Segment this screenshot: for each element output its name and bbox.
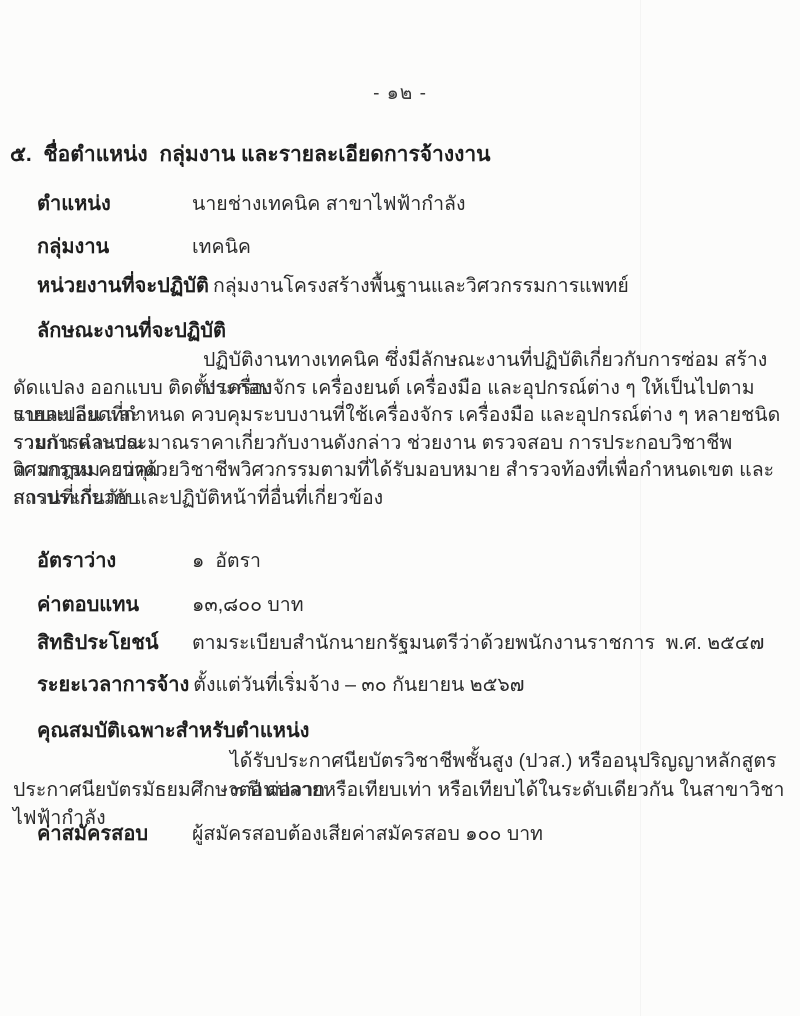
field-row-benefits: สิทธิประโยชน์ ตามระเบียบสำนักนายกรัฐมนตร… xyxy=(37,629,784,657)
field-label-vacancy: อัตราว่าง xyxy=(37,547,192,575)
field-row-employment-period: ระยะเวลาการจ้าง ตั้งแต่วันที่เริ่มจ้าง –… xyxy=(37,671,784,699)
field-row-salary: ค่าตอบแทน ๑๓,๘๐๐ บาท xyxy=(37,591,784,619)
field-label-work-unit: หน่วยงานที่จะปฏิบัติ xyxy=(37,272,213,300)
duties-paragraph: ปฏิบัติงานทางเทคนิค ซึ่งมีลักษณะงานที่ปฏ… xyxy=(13,347,785,512)
qualifications-paragraph: ได้รับประกาศนียบัตรวิชาชีพชั้นสูง (ปวส.)… xyxy=(13,747,785,804)
field-row-application-fee: ค่าสมัครสอบ ผู้สมัครสอบต้องเสียค่าสมัครส… xyxy=(37,820,784,848)
field-label-benefits: สิทธิประโยชน์ xyxy=(37,629,192,657)
field-label-work-group: กลุ่มงาน xyxy=(37,233,192,261)
field-row-vacancy: อัตราว่าง ๑ อัตรา xyxy=(37,547,784,575)
document-page: - ๑๒ - ๕. ชื่อตำแหน่ง กลุ่มงาน และรายละเ… xyxy=(0,0,800,1016)
duties-line: ดัดแปลง ออกแบบ ติดตั้ง เครื่องจักร เครื่… xyxy=(13,375,785,403)
qualifications-heading: คุณสมบัติเฉพาะสำหรับตำแหน่ง xyxy=(37,714,309,746)
duties-heading: ลักษณะงานที่จะปฏิบัติ xyxy=(37,314,226,346)
field-value-work-unit: กลุ่มงานโครงสร้างพื้นฐานและวิศวกรรมการแพ… xyxy=(213,272,784,300)
duties-line: รายการและประมาณราคาเกี่ยวกับงานดังกล่าว … xyxy=(13,430,785,458)
field-label-employment-period: ระยะเวลาการจ้าง xyxy=(37,671,193,699)
field-row-work-unit: หน่วยงานที่จะปฏิบัติ กลุ่มงานโครงสร้างพื… xyxy=(37,272,784,300)
field-value-work-group: เทคนิค xyxy=(192,233,784,261)
duties-line: ปฏิบัติงานทางเทคนิค ซึ่งมีลักษณะงานที่ปฏ… xyxy=(13,347,785,375)
section-heading: ๕. ชื่อตำแหน่ง กลุ่มงาน และรายละเอียดการ… xyxy=(10,138,491,171)
qualifications-line: ประกาศนียบัตรมัธยมศึกษาตอนปลายหรือเทียบเ… xyxy=(13,776,785,805)
field-label-position: ตำแหน่ง xyxy=(37,190,192,218)
field-value-application-fee: ผู้สมัครสอบต้องเสียค่าสมัครสอบ ๑๐๐ บาท xyxy=(192,820,784,848)
qualifications-line: ได้รับประกาศนียบัตรวิชาชีพชั้นสูง (ปวส.)… xyxy=(13,747,785,776)
field-value-benefits: ตามระเบียบสำนักนายกรัฐมนตรีว่าด้วยพนักงา… xyxy=(192,629,784,657)
duties-line: การประกันภัย และปฏิบัติหน้าที่อื่นที่เกี… xyxy=(13,485,785,513)
duties-line: รายละเอียดที่กำหนด ควบคุมระบบงานที่ใช้เค… xyxy=(13,402,785,430)
field-row-work-group: กลุ่มงาน เทคนิค xyxy=(37,233,784,261)
page-number: - ๑๒ - xyxy=(0,78,800,108)
field-value-vacancy: ๑ อัตรา xyxy=(192,547,784,575)
field-value-salary: ๑๓,๘๐๐ บาท xyxy=(192,591,784,619)
field-label-salary: ค่าตอบแทน xyxy=(37,591,192,619)
field-label-application-fee: ค่าสมัครสอบ xyxy=(37,820,192,848)
field-row-position: ตำแหน่ง นายช่างเทคนิค สาขาไฟฟ้ากำลัง xyxy=(37,190,784,218)
duties-line: ตามกฎหมายว่าด้วยวิชาชีพวิศวกรรมตามที่ได้… xyxy=(13,457,785,485)
field-value-employment-period: ตั้งแต่วันที่เริ่มจ้าง – ๓๐ กันยายน ๒๕๖๗ xyxy=(193,671,784,699)
field-value-position: นายช่างเทคนิค สาขาไฟฟ้ากำลัง xyxy=(192,190,784,218)
